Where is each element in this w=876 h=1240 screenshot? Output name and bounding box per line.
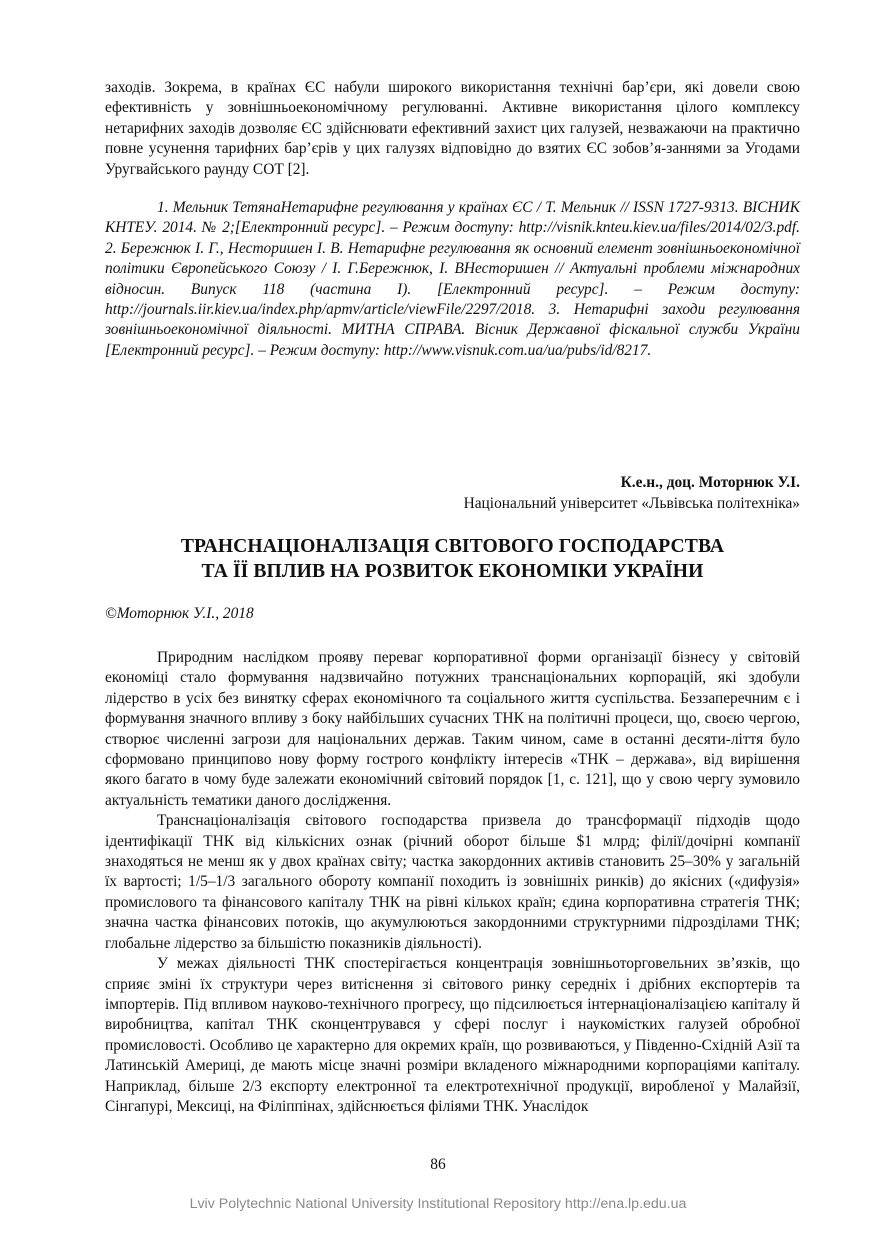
title-line-1: ТРАНСНАЦІОНАЛІЗАЦІЯ СВІТОВОГО ГОСПОДАРСТ… [105, 534, 800, 559]
copyright-line: ©Моторнюк У.І., 2018 [105, 605, 254, 623]
author-block: К.е.н., доц. Моторнюк У.І. Національний … [105, 473, 800, 514]
article-body: Природним наслідком прояву переваг корпо… [105, 648, 800, 1117]
body-paragraph: Природним наслідком прояву переваг корпо… [105, 648, 800, 811]
intro-paragraph: заходів. Зокрема, в країнах ЄС набули ши… [105, 78, 800, 180]
page-number: 86 [0, 1156, 876, 1174]
references-list: 1. Мельник ТетянаНетарифне регулювання у… [105, 198, 800, 361]
article-title: ТРАНСНАЦІОНАЛІЗАЦІЯ СВІТОВОГО ГОСПОДАРСТ… [105, 534, 800, 584]
previous-article-tail: заходів. Зокрема, в країнах ЄС набули ши… [105, 78, 800, 361]
author-name: К.е.н., доц. Моторнюк У.І. [105, 473, 800, 494]
author-affiliation: Національний університет «Львівська полі… [105, 494, 800, 515]
repository-footer: Lviv Polytechnic National University Ins… [0, 1196, 876, 1212]
body-paragraph: У межах діяльності ТНК спостерігається к… [105, 954, 800, 1117]
body-paragraph: Транснаціоналізація світового господарст… [105, 811, 800, 954]
references-text: 1. Мельник ТетянаНетарифне регулювання у… [105, 198, 800, 361]
title-line-2: ТА ЇЇ ВПЛИВ НА РОЗВИТОК ЕКОНОМІКИ УКРАЇН… [105, 559, 800, 584]
